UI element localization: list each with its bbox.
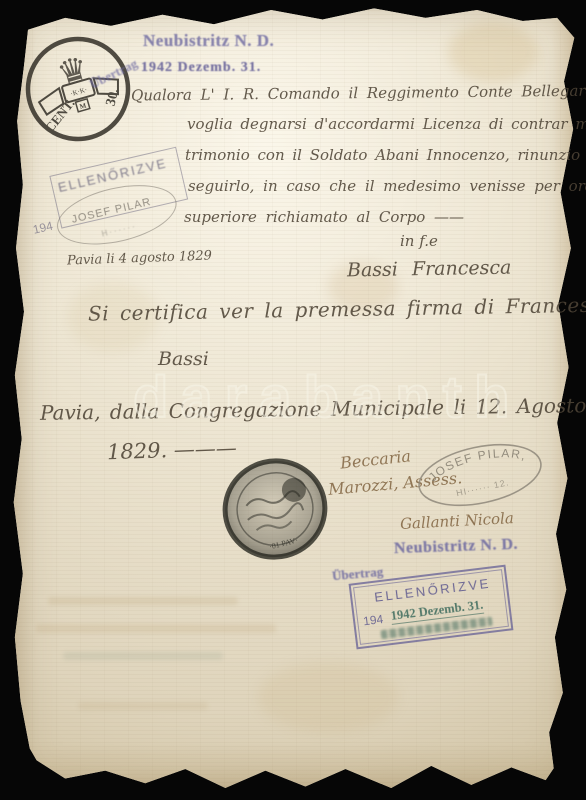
watermark-darabanth: darabanth (133, 364, 521, 431)
signature-bassi-francesca: Bassi Francesca (347, 257, 512, 282)
ellenorizve-top-number: 194 (32, 219, 55, 237)
photo-of-document: ♛ ·K·K· M CENT. 30. Neubistritz N. D. 19… (0, 0, 586, 800)
ellenorizve-bottom-number: 194 (362, 612, 384, 628)
certification-line-4: 1829. ——— (107, 436, 238, 465)
value-label: 30. (104, 87, 123, 108)
pilar-oval-sub: HI······ 12. (455, 477, 510, 498)
manuscript-line: trimonio con il Soldato Abani Innocenzo,… (185, 146, 586, 164)
manuscript-line: superiore richiamato al Corpo —— (184, 208, 464, 226)
manuscript-line: seguirlo, in caso che il medesimo veniss… (188, 177, 586, 195)
in-fede-note: in f.e (400, 232, 438, 250)
fraktur-stamp-top: Neubistritz N. D. (143, 31, 274, 51)
date-stamp-top: 1942 Dezemb. 31. (141, 60, 261, 76)
manuscript-line: voglia degnarsi d'accordarmi Licenza di … (187, 115, 586, 133)
